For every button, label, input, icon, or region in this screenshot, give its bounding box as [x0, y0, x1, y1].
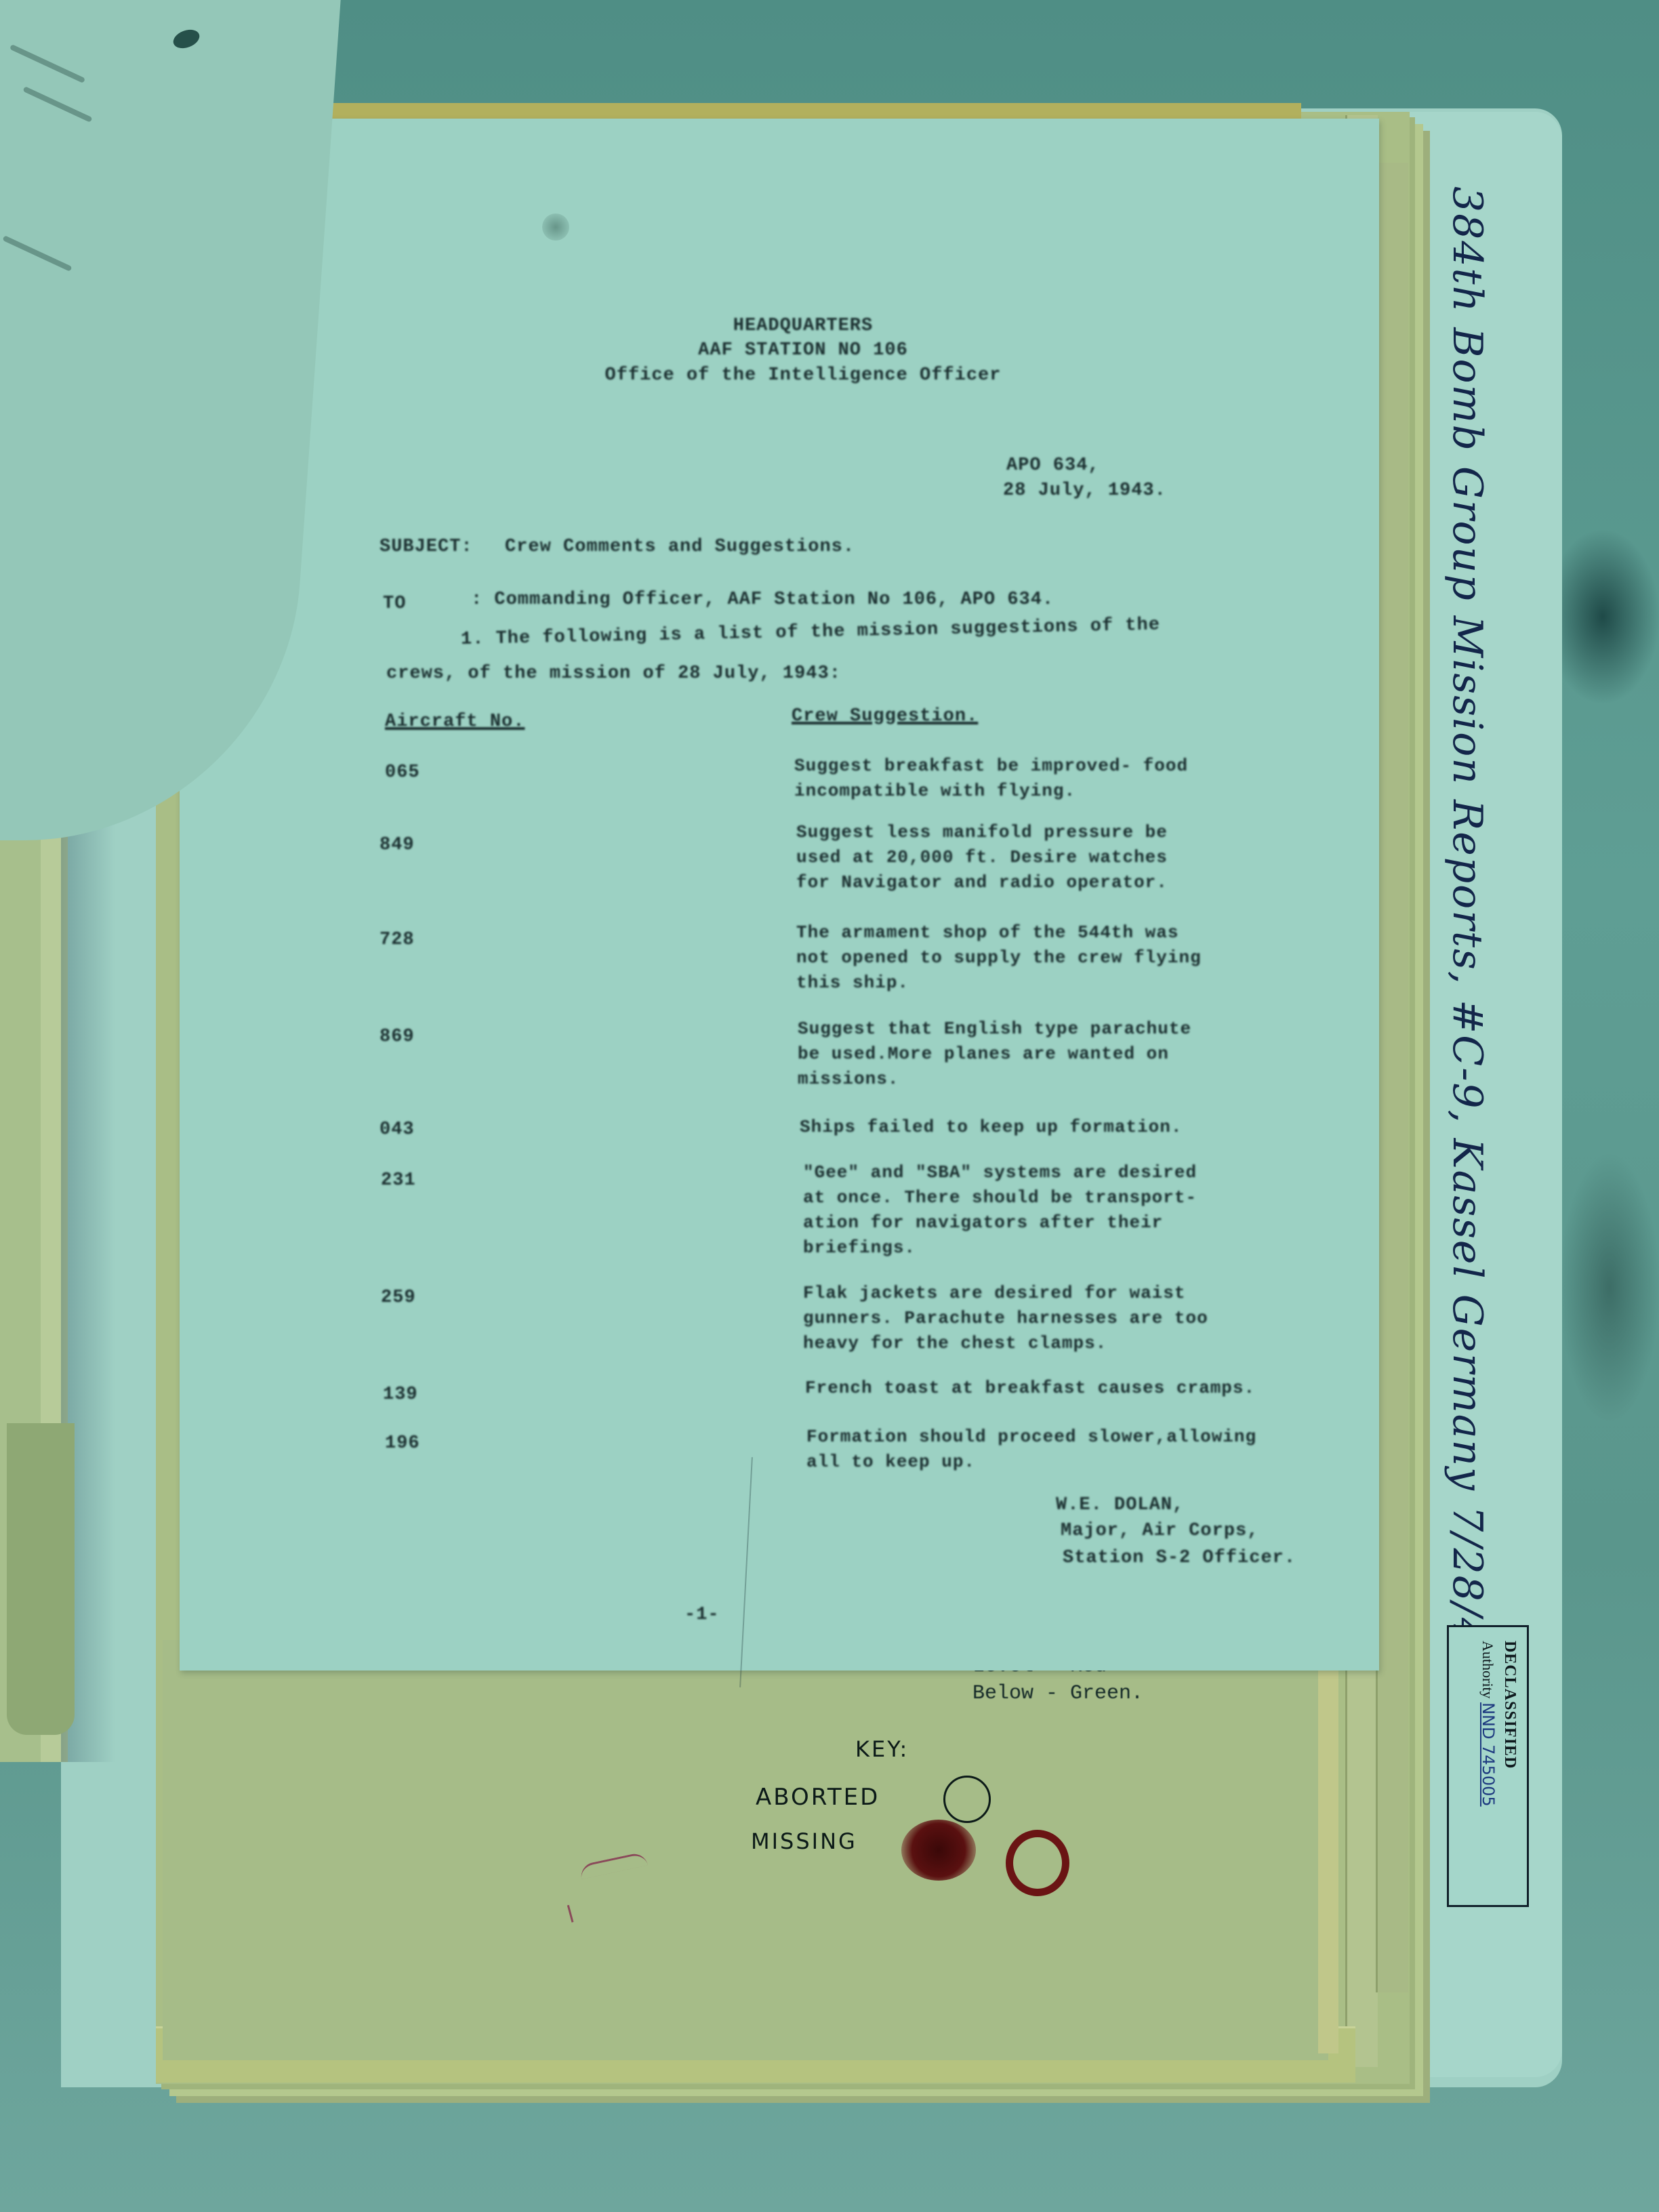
aircraft-number: 196 [385, 1433, 420, 1454]
background-shadow [1559, 1152, 1659, 1423]
apo-line: APO 634, [1006, 453, 1100, 478]
signature-title: Station S-2 Officer. [1063, 1545, 1296, 1571]
lower-manila-sheet [163, 1640, 1328, 2060]
stamp-title: DECLASSIFIED [1500, 1641, 1519, 1898]
folder-tab-label: 384th Bomb Group Mission Reports, #C-9, … [1416, 186, 1491, 1582]
header-headquarters: HEADQUARTERS [180, 313, 1379, 339]
crew-suggestion-line: The armament shop of the 544th was [796, 920, 1284, 945]
crew-suggestion-line: at once. There should be transport- [803, 1185, 1291, 1210]
aircraft-number: 728 [380, 930, 415, 950]
manila-page-edge [1318, 1654, 1338, 2053]
column-header-suggestion: Crew Suggestion. [792, 706, 978, 726]
left-folder-tab [7, 1423, 75, 1735]
stamp-authority-number: NND 745005 [1479, 1702, 1498, 1807]
aircraft-number: 065 [385, 762, 420, 783]
header-office: Office of the Intelligence Officer [180, 363, 1379, 388]
signature-name: W.E. DOLAN, [1056, 1492, 1184, 1518]
crew-suggestion-line: Suggest that English type parachute [798, 1017, 1286, 1041]
manila-page-edge [1376, 163, 1408, 1992]
stamp-authority: Authority NND 745005 [1479, 1641, 1498, 1898]
date-line: 28 July, 1943. [1003, 478, 1166, 504]
subject-value: Crew Comments and Suggestions. [505, 534, 855, 560]
missing-open-circle-icon [1006, 1830, 1069, 1896]
crew-suggestion-line: Suggest less manifold pressure be [796, 820, 1284, 844]
crew-suggestion-line: used at 20,000 ft. Desire watches [796, 845, 1284, 869]
header-station: AAF STATION NO 106 [180, 337, 1379, 363]
aircraft-number: 043 [380, 1120, 415, 1140]
to-label: TO [383, 591, 406, 617]
crew-suggestion-line: briefings. [803, 1235, 1291, 1260]
paragraph-1-line-2: crews, of the mission of 28 July, 1943: [386, 661, 841, 687]
crew-suggestion-line: all to keep up. [806, 1450, 1294, 1474]
aircraft-number: 849 [380, 835, 415, 855]
punch-hole [542, 213, 569, 241]
to-value: : Commanding Officer, AAF Station No 106… [471, 587, 1054, 613]
aborted-label: ABORTED [756, 1784, 880, 1811]
aircraft-number: 869 [380, 1027, 415, 1047]
missing-label: MISSING [751, 1828, 857, 1854]
page-number: -1- [684, 1602, 720, 1628]
aircraft-number: 231 [381, 1170, 416, 1191]
crew-suggestion-line: Flak jackets are desired for waist [803, 1281, 1291, 1305]
crew-suggestion-line: Ships failed to keep up formation. [800, 1115, 1288, 1139]
typed-below-green: Below - Green. [972, 1679, 1143, 1708]
declassified-stamp: DECLASSIFIED Authority NND 745005 [1447, 1625, 1529, 1907]
crew-suggestion-line: "Gee" and "SBA" systems are desired [803, 1160, 1291, 1185]
crew-suggestion-line: missions. [798, 1067, 1286, 1091]
crew-suggestion-line: Formation should proceed slower,allowing [806, 1425, 1294, 1449]
background-shadow [1545, 529, 1659, 705]
aircraft-number: 139 [383, 1385, 418, 1405]
crew-suggestion-line: be used.More planes are wanted on [798, 1042, 1286, 1066]
crew-suggestion-line: gunners. Parachute harnesses are too [803, 1306, 1291, 1330]
subject-label: SUBJECT: [380, 534, 473, 560]
crew-suggestion-line: for Navigator and radio operator. [796, 870, 1284, 895]
stamp-authority-label: Authority [1479, 1641, 1496, 1699]
crew-suggestion-line: Suggest breakfast be improved- food [794, 754, 1282, 778]
crew-suggestion-line: this ship. [796, 970, 1284, 995]
crew-suggestion-line: French toast at breakfast causes cramps. [805, 1376, 1293, 1400]
crew-suggestion-line: incompatible with flying. [794, 779, 1282, 803]
crew-suggestion-line: heavy for the chest clamps. [803, 1331, 1291, 1355]
missing-filled-circle-icon [901, 1820, 976, 1881]
crew-suggestion-line: not opened to supply the crew flying [796, 945, 1284, 970]
aborted-circle-icon [943, 1776, 991, 1823]
key-label: KEY: [855, 1736, 909, 1762]
column-header-aircraft: Aircraft No. [385, 712, 525, 732]
signature-rank: Major, Air Corps, [1061, 1518, 1258, 1544]
aircraft-number: 259 [381, 1288, 416, 1308]
crew-suggestion-line: ation for navigators after their [803, 1210, 1291, 1235]
